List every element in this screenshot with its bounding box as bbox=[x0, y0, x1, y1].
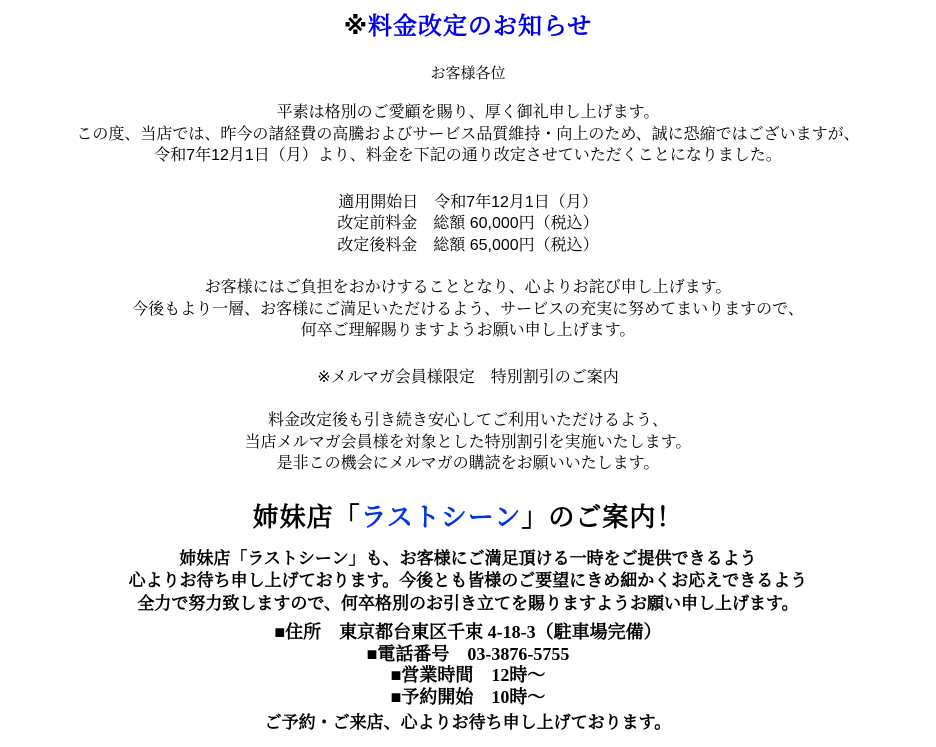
closing-message: ご予約・ご来店、心よりお待ち申し上げております。 bbox=[0, 712, 936, 734]
sister-store-heading-prefix: 姉妹店「 bbox=[253, 502, 361, 532]
store-phone: ■電話番号 03-3876-5755 bbox=[0, 644, 936, 666]
sister-store-line: 全力で努力致しますので、何卒格別のお引き立てを賜りますようお願い申し上げます。 bbox=[0, 593, 936, 616]
apology-paragraph: お客様にはご負担をおかけすることとなり、心よりお詫び申し上げます。 今後もより一… bbox=[0, 277, 936, 342]
notice-document: ※料金改定のお知らせ お客様各位 平素は格別のご愛顧を賜り、厚く御礼申し上げます… bbox=[0, 0, 936, 747]
store-reservation-start: ■予約開始 10時～ bbox=[0, 687, 936, 709]
melmaga-line: 是非この機会にメルマガの購読をお願いいたします。 bbox=[0, 453, 936, 475]
intro-line: 平素は格別のご愛顧を賜り、厚く御礼申し上げます。 bbox=[0, 102, 936, 124]
price-before: 改定前料金 総額 60,000円（税込） bbox=[0, 213, 936, 235]
page-title-main: 料金改定のお知らせ bbox=[368, 13, 592, 40]
apology-line: お客様にはご負担をおかけすることとなり、心よりお詫び申し上げます。 bbox=[0, 277, 936, 299]
sister-store-name: ラストシーン bbox=[361, 502, 522, 532]
melmaga-section-heading: ※メルマガ会員様限定 特別割引のご案内 bbox=[0, 367, 936, 389]
intro-paragraph: 平素は格別のご愛顧を賜り、厚く御礼申し上げます。 この度、当店では、昨今の諸経費… bbox=[0, 102, 936, 167]
page-title-prefix: ※ bbox=[344, 13, 368, 40]
intro-line: この度、当店では、昨今の諸経費の高騰およびサービス品質維持・向上のため、誠に恐縮… bbox=[0, 124, 936, 146]
melmaga-paragraph: 料金改定後も引き続き安心してご利用いただけるよう、 当店メルマガ会員様を対象とし… bbox=[0, 410, 936, 475]
store-address: ■住所 東京都台東区千束 4-18-3（駐車場完備） bbox=[0, 622, 936, 644]
apology-line: 何卒ご理解賜りますようお願い申し上げます。 bbox=[0, 320, 936, 342]
sister-store-heading-suffix: 」のご案内！ bbox=[521, 502, 683, 532]
price-start-date: 適用開始日 令和7年12月1日（月） bbox=[0, 192, 936, 214]
salutation: お客様各位 bbox=[0, 64, 936, 83]
melmaga-line: 当店メルマガ会員様を対象とした特別割引を実施いたします。 bbox=[0, 432, 936, 454]
melmaga-line: 料金改定後も引き続き安心してご利用いただけるよう、 bbox=[0, 410, 936, 432]
store-business-hours: ■営業時間 12時～ bbox=[0, 665, 936, 687]
page-title: ※料金改定のお知らせ bbox=[0, 12, 936, 42]
price-after: 改定後料金 総額 65,000円（税込） bbox=[0, 235, 936, 257]
store-info-block: ■住所 東京都台東区千束 4-18-3（駐車場完備） ■電話番号 03-3876… bbox=[0, 622, 936, 708]
sister-store-paragraph: 姉妹店「ラストシーン」も、お客様にご満足頂ける一時をご提供できるよう 心よりお待… bbox=[0, 548, 936, 616]
sister-store-heading: 姉妹店「ラストシーン」のご案内！ bbox=[0, 501, 936, 533]
sister-store-line: 姉妹店「ラストシーン」も、お客様にご満足頂ける一時をご提供できるよう bbox=[0, 548, 936, 571]
apology-line: 今後もより一層、お客様にご満足いただけるよう、サービスの充実に努めてまいりますの… bbox=[0, 299, 936, 321]
intro-line: 令和7年12月1日（月）より、料金を下記の通り改定させていただくことになりました… bbox=[0, 145, 936, 167]
price-revision-details: 適用開始日 令和7年12月1日（月） 改定前料金 総額 60,000円（税込） … bbox=[0, 192, 936, 257]
sister-store-line: 心よりお待ち申し上げております。今後とも皆様のご要望にきめ細かくお応えできるよう bbox=[0, 570, 936, 593]
